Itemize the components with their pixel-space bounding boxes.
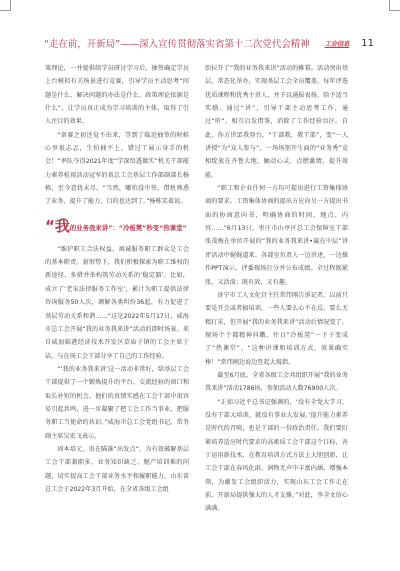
page-number: 11 [361, 38, 374, 49]
body-paragraph: 策理论，一并提供给学员研讨学习后，抽签确定学员上台模拟有关场景进行竞赛，引导学员… [45, 62, 189, 129]
subheading-drop-char: “我 [45, 217, 70, 235]
crop-mark-top-right [389, 0, 400, 11]
running-title: “走在前，开新局”——深入宣传贯彻落实省第十二次党代会精神 [44, 36, 310, 50]
body-paragraph: 截至6月底，全省各级工会共组织开展“我的业务我来讲”活动1786场，参加活动人数… [205, 369, 348, 396]
magazine-brand-logo: 工会信息 [324, 39, 349, 48]
page-header: “走在前，开新局”——深入宣传贯彻落实省第十二次党代会精神 工会信息 11 [44, 36, 374, 50]
body-paragraph: “维护职工合法权益、竭诚服务职工群众是工会的基本职责。新形势下，我们积极探索为职… [45, 243, 189, 363]
body-paragraph: “职工和企业任何一方均可提出进行工资集体协商的要求。工资集体协商的提出方应向另一… [205, 182, 348, 289]
crop-mark-top-left [0, 0, 11, 11]
body-paragraph: 织拉开了“我的业务我来讲”活动的帷幕。活动突出基层，常态化举办，实现基层工会全员… [205, 62, 348, 182]
body-paragraph: 固本培元，贵在瞄准“出发点”。为有效破解基层工会干部兼职多、业务知识缺乏、脱产培… [45, 443, 189, 496]
left-column: 策理论，一并提供给学员研讨学习后，抽签确定学员上台模拟有关场景进行竞赛，引导学员… [45, 62, 189, 496]
body-paragraph: “‘我的业务我来讲’这一活动非常好，给基层工会干部提供了一个锻炼提升的平台、交流… [45, 363, 189, 443]
body-paragraph: “正如习近平总书记强调的，‘没有全党大学习，没有干部大培训，就没有事业大发展。’… [205, 396, 348, 516]
body-paragraph: “备赛之初还觉不出来，等到了临近抽签的时候心里很忐忑，生怕抽不上，错过了展示身手… [45, 129, 189, 209]
body-paragraph: 济宁市工人文化宫主任常伟刚告诉记者，以前只要是开会或者搞培训，一些人要么心不在焉… [205, 289, 348, 369]
section-subheading: “我的业务我来讲”：“冷板凳”秒变“热课堂” [45, 218, 189, 237]
subheading-text: 的业务我来讲”：“冷板凳”秒变“热课堂” [70, 224, 187, 232]
right-column: 织拉开了“我的业务我来讲”活动的帷幕。活动突出基层，常态化举办，实现基层工会全员… [205, 62, 348, 516]
